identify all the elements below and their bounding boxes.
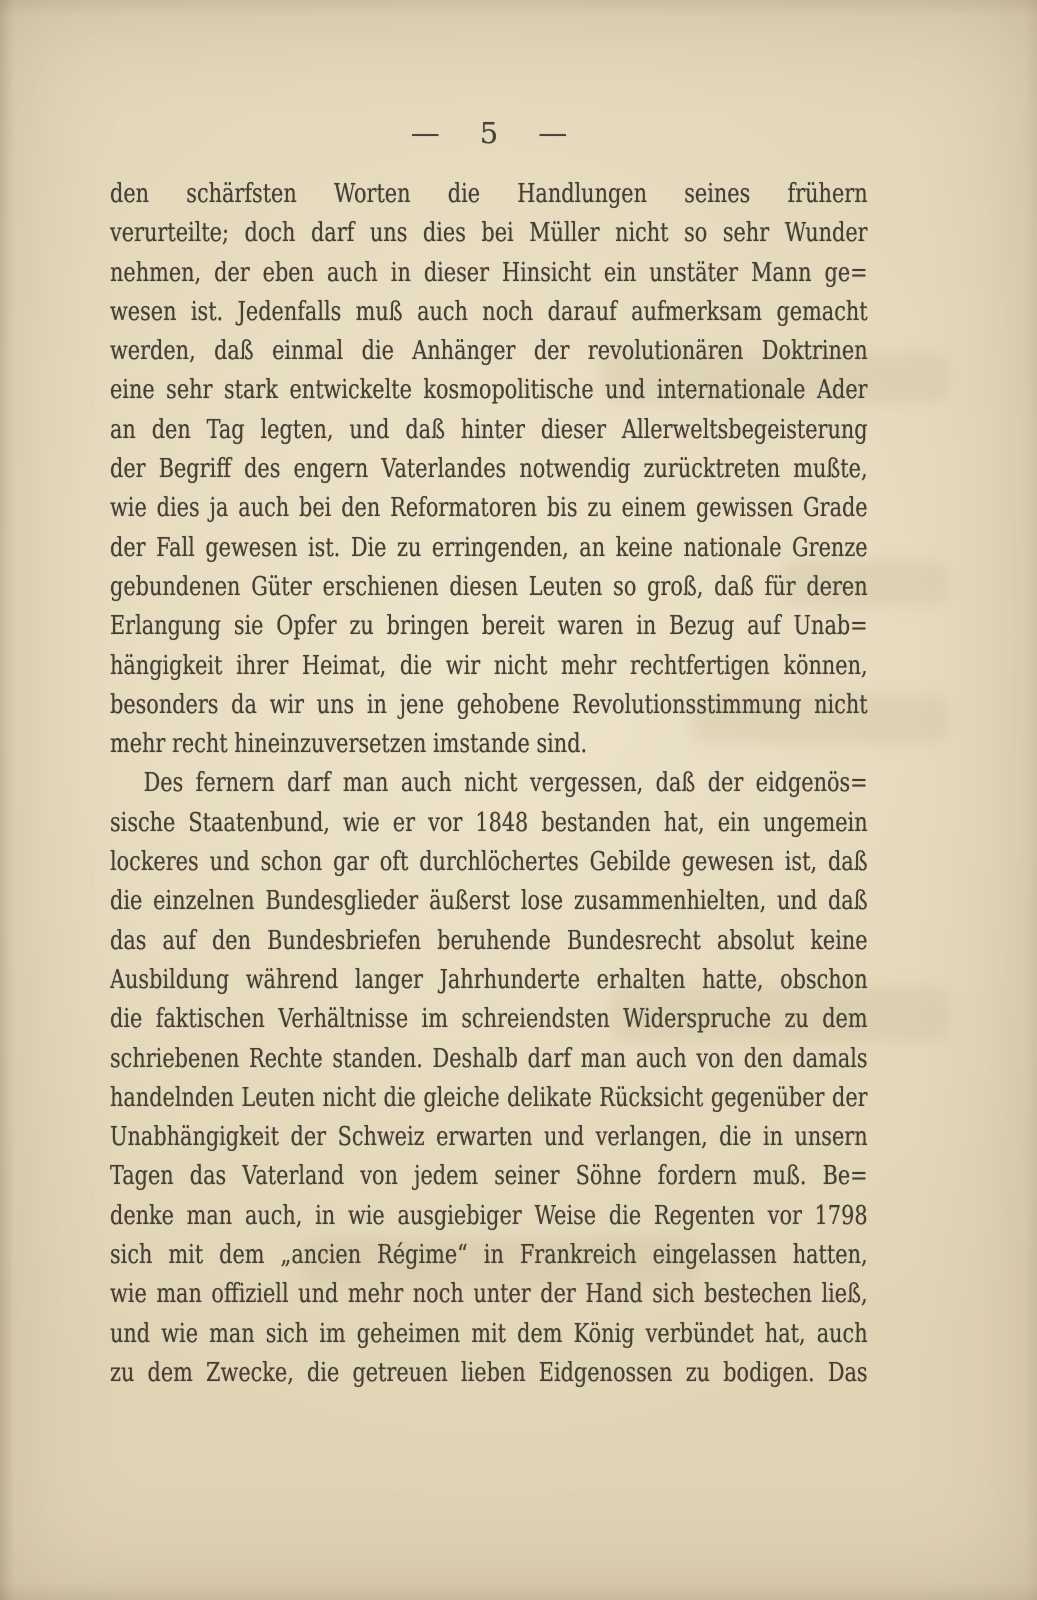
- text-line: an den Tag legten, und daß hinter dieser…: [110, 411, 868, 450]
- text-line: verurteilte; doch darf uns dies bei Müll…: [110, 214, 868, 253]
- header-dash-left: —: [411, 116, 440, 150]
- text-line: der Fall gewesen ist. Die zu erringenden…: [110, 529, 868, 568]
- text-line: handelnden Leuten nicht die gleiche deli…: [110, 1079, 868, 1118]
- header-dash-right: —: [538, 116, 567, 150]
- body-text: den schärfsten Worten die Handlungen sei…: [110, 175, 868, 1393]
- text-line: das auf den Bundesbriefen beruhende Bund…: [110, 922, 868, 961]
- text-line: sische Staatenbund, wie er vor 1848 best…: [110, 804, 868, 843]
- text-line: Des fernern darf man auch nicht vergesse…: [110, 764, 868, 803]
- text-line: besonders da wir uns in jene gehobene Re…: [110, 686, 868, 725]
- text-line: sich mit dem „ancien Régime“ in Frankrei…: [110, 1236, 868, 1275]
- text-line: denke man auch, in wie ausgiebiger Weise…: [110, 1197, 868, 1236]
- page-number: 5: [480, 116, 498, 150]
- text-line: Erlangung sie Opfer zu bringen bereit wa…: [110, 607, 868, 646]
- text-line: Tagen das Vaterland von jedem seiner Söh…: [110, 1157, 868, 1196]
- text-line: eine sehr stark entwickelte kosmopolitis…: [110, 371, 868, 410]
- text-line: den schärfsten Worten die Handlungen sei…: [110, 175, 868, 214]
- page-header: — 5 —: [110, 116, 868, 150]
- text-line: schriebenen Rechte standen. Deshalb darf…: [110, 1040, 868, 1079]
- text-line: wie man offiziell und mehr noch unter de…: [110, 1275, 868, 1314]
- text-line: hängigkeit ihrer Heimat, die wir nicht m…: [110, 647, 868, 686]
- text-line: die faktischen Verhältnisse im schreiend…: [110, 1000, 868, 1039]
- text-line: mehr recht hineinzuversetzen imstande si…: [110, 725, 868, 764]
- text-line: gebundenen Güter erschienen diesen Leute…: [110, 568, 868, 607]
- text-line: wesen ist. Jedenfalls muß auch noch dara…: [110, 293, 868, 332]
- text-line: der Begriff des engern Vaterlandes notwe…: [110, 450, 868, 489]
- text-line: Ausbildung während langer Jahrhunderte e…: [110, 961, 868, 1000]
- text-line: und wie man sich im geheimen mit dem Kön…: [110, 1315, 868, 1354]
- text-line: die einzelnen Bundesglieder äußerst lose…: [110, 882, 868, 921]
- book-page: — 5 — den schärfsten Worten die Handlung…: [0, 0, 1037, 1600]
- text-line: nehmen, der eben auch in dieser Hinsicht…: [110, 254, 868, 293]
- text-line: lockeres und schon gar oft durchlöcherte…: [110, 843, 868, 882]
- text-line: Unabhängigkeit der Schweiz erwarten und …: [110, 1118, 868, 1157]
- text-line: zu dem Zwecke, die getreuen lieben Eidge…: [110, 1354, 868, 1393]
- text-line: wie dies ja auch bei den Reformatoren bi…: [110, 489, 868, 528]
- text-line: werden, daß einmal die Anhänger der revo…: [110, 332, 868, 371]
